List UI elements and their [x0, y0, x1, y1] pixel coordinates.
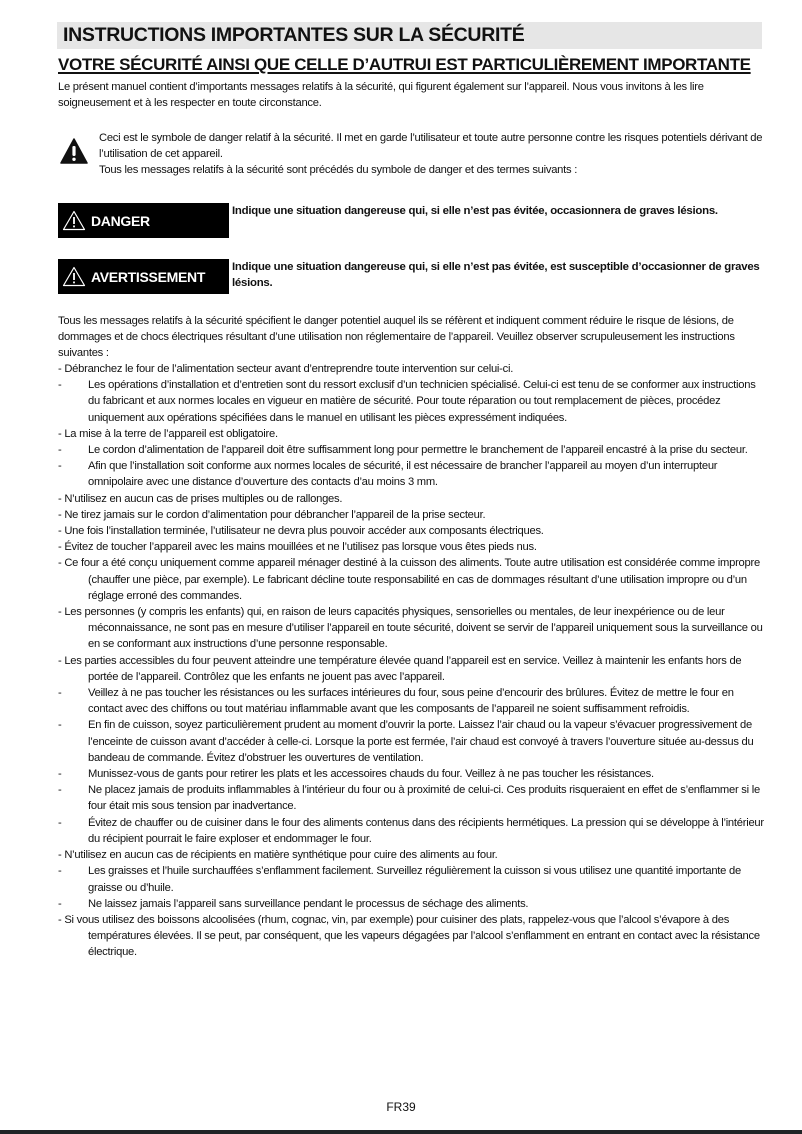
safety-rule: -Le cordon d’alimentation de l’appareil … — [58, 442, 768, 458]
safety-rule: -Munissez-vous de gants pour retirer les… — [58, 766, 768, 782]
bullet-dash: - — [58, 685, 88, 701]
warning-triangle-outline-icon — [62, 266, 86, 287]
safety-rule: -Les opérations d’installation et d’entr… — [58, 377, 768, 426]
symbol-explanation-line: Ceci est le symbole de danger relatif à … — [99, 130, 769, 162]
safety-rule: - La mise à la terre de l’appareil est o… — [58, 426, 768, 442]
safety-rule-text: Les opérations d’installation et d’entre… — [88, 379, 756, 423]
safety-rule: -Ne laissez jamais l’appareil sans surve… — [58, 896, 768, 912]
bullet-dash: - — [58, 717, 88, 733]
warning-description: Indique une situation dangereuse qui, si… — [232, 259, 762, 291]
safety-rule: - Évitez de toucher l’appareil avec les … — [58, 539, 768, 555]
warning-badge: AVERTISSEMENT — [58, 259, 229, 294]
safety-rule: - Ne tirez jamais sur le cordon d’alimen… — [58, 507, 768, 523]
safety-rule-text: Munissez-vous de gants pour retirer les … — [88, 768, 654, 780]
safety-rule-text: Le cordon d’alimentation de l’appareil d… — [88, 444, 748, 456]
safety-rule-text: Les graisses et l’huile surchauffées s’e… — [88, 865, 741, 893]
safety-rule: - Une fois l’installation terminée, l’ut… — [58, 523, 768, 539]
symbol-explanation-line: Tous les messages relatifs à la sécurité… — [99, 162, 769, 178]
safety-rule: -Évitez de chauffer ou de cuisiner dans … — [58, 815, 768, 847]
danger-label: DANGER — [91, 213, 150, 229]
safety-rule: -Ne placez jamais de produits inflammabl… — [58, 782, 768, 814]
safety-rule: - Les parties accessibles du four peuven… — [58, 653, 768, 685]
safety-rule: -Les graisses et l’huile surchauffées s’… — [58, 863, 768, 895]
safety-rule: -Afin que l’installation soit conforme a… — [58, 458, 768, 490]
bullet-dash: - — [58, 458, 88, 474]
document-page: INSTRUCTIONS IMPORTANTES SUR LA SÉCURITÉ… — [0, 0, 802, 1134]
safety-rule: -Veillez à ne pas toucher les résistance… — [58, 685, 768, 717]
symbol-explanation: Ceci est le symbole de danger relatif à … — [99, 130, 769, 179]
title-banner: INSTRUCTIONS IMPORTANTES SUR LA SÉCURITÉ — [57, 22, 762, 49]
warning-triangle-outline-icon — [62, 210, 86, 231]
page-title: INSTRUCTIONS IMPORTANTES SUR LA SÉCURITÉ — [63, 24, 524, 47]
page-number: FR39 — [0, 1100, 802, 1114]
safety-rule-text: Évitez de chauffer ou de cuisiner dans l… — [88, 817, 764, 845]
bullet-dash: - — [58, 863, 88, 879]
danger-badge: DANGER — [58, 203, 229, 238]
safety-rule-text: En fin de cuisson, soyez particulièremen… — [88, 719, 753, 763]
safety-rule: - Les personnes (y compris les enfants) … — [58, 604, 768, 653]
safety-rule: -En fin de cuisson, soyez particulièreme… — [58, 717, 768, 766]
danger-description: Indique une situation dangereuse qui, si… — [232, 203, 762, 219]
bottom-border — [0, 1130, 802, 1134]
safety-rule-text: Veillez à ne pas toucher les résistances… — [88, 687, 734, 715]
bullet-dash: - — [58, 896, 88, 912]
bullet-dash: - — [58, 782, 88, 798]
bullet-dash: - — [58, 766, 88, 782]
safety-rule: - N’utilisez en aucun cas de prises mult… — [58, 491, 768, 507]
safety-rule-text: Ne placez jamais de produits inflammable… — [88, 784, 760, 812]
bullet-dash: - — [58, 377, 88, 393]
safety-rule-text: Ne laissez jamais l’appareil sans survei… — [88, 898, 528, 910]
bullet-dash: - — [58, 815, 88, 831]
warning-triangle-icon — [60, 138, 88, 164]
safety-rule: - Débranchez le four de l’alimentation s… — [58, 361, 768, 377]
safety-rule: - Ce four a été conçu uniquement comme a… — [58, 555, 768, 604]
safety-rules-list: - Débranchez le four de l’alimentation s… — [58, 361, 768, 961]
intro-paragraph: Le présent manuel contient d’importants … — [58, 79, 768, 111]
instructions-intro: Tous les messages relatifs à la sécurité… — [58, 313, 768, 362]
warning-label: AVERTISSEMENT — [91, 269, 205, 285]
bullet-dash: - — [58, 442, 88, 458]
safety-rule-text: Afin que l’installation soit conforme au… — [88, 460, 717, 488]
page-subtitle: VOTRE SÉCURITÉ AINSI QUE CELLE D’AUTRUI … — [58, 55, 751, 75]
safety-rule: - N’utilisez en aucun cas de récipients … — [58, 847, 768, 863]
safety-rule: - Si vous utilisez des boissons alcoolis… — [58, 912, 768, 961]
